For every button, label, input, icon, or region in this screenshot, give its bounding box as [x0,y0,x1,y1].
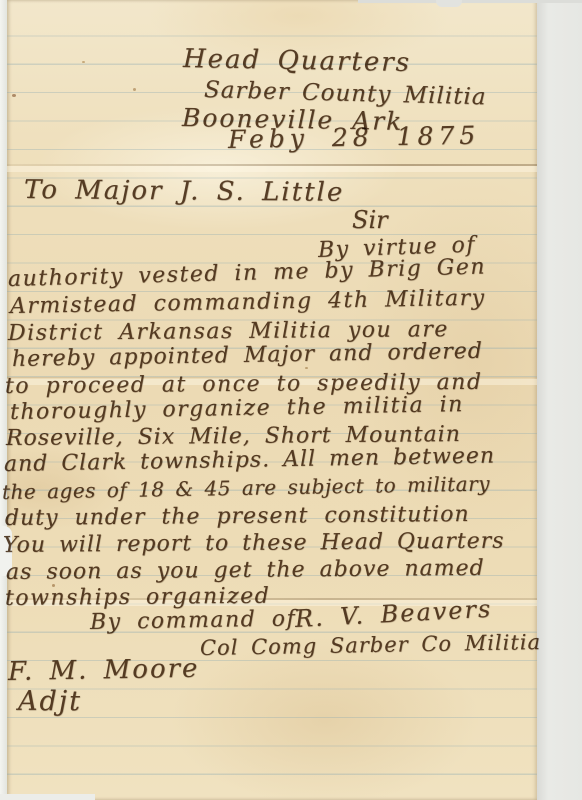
scanner-background [436,0,462,7]
letterhead-line: Head Quarters [183,44,412,78]
letter-date: Feby 28 1875 [228,121,481,154]
scanner-background [358,0,582,3]
letter-greeting: Sir [352,206,388,234]
letter-body-line: You will report to these Head Quarters [3,529,505,558]
paper-speck [133,88,136,91]
scanner-background [537,0,582,800]
letter-by-command: By command of [90,606,297,635]
letter-addressee: To Major J. S. Little [24,175,345,208]
scanner-background [0,794,95,800]
letter-body-line: as soon as you get the above named [6,556,485,585]
adjutant-title: Adjt [18,686,82,717]
paper-speck [12,94,16,97]
scanner-background [0,0,7,800]
paper-speck [82,61,85,63]
adjutant-signature: F. M. Moore [8,654,200,687]
paper-speck [305,367,308,369]
scanned-letter: Head Quarters Sarber County Militia Boon… [0,0,582,800]
letter-body-line: duty under the present constitution [5,502,470,531]
